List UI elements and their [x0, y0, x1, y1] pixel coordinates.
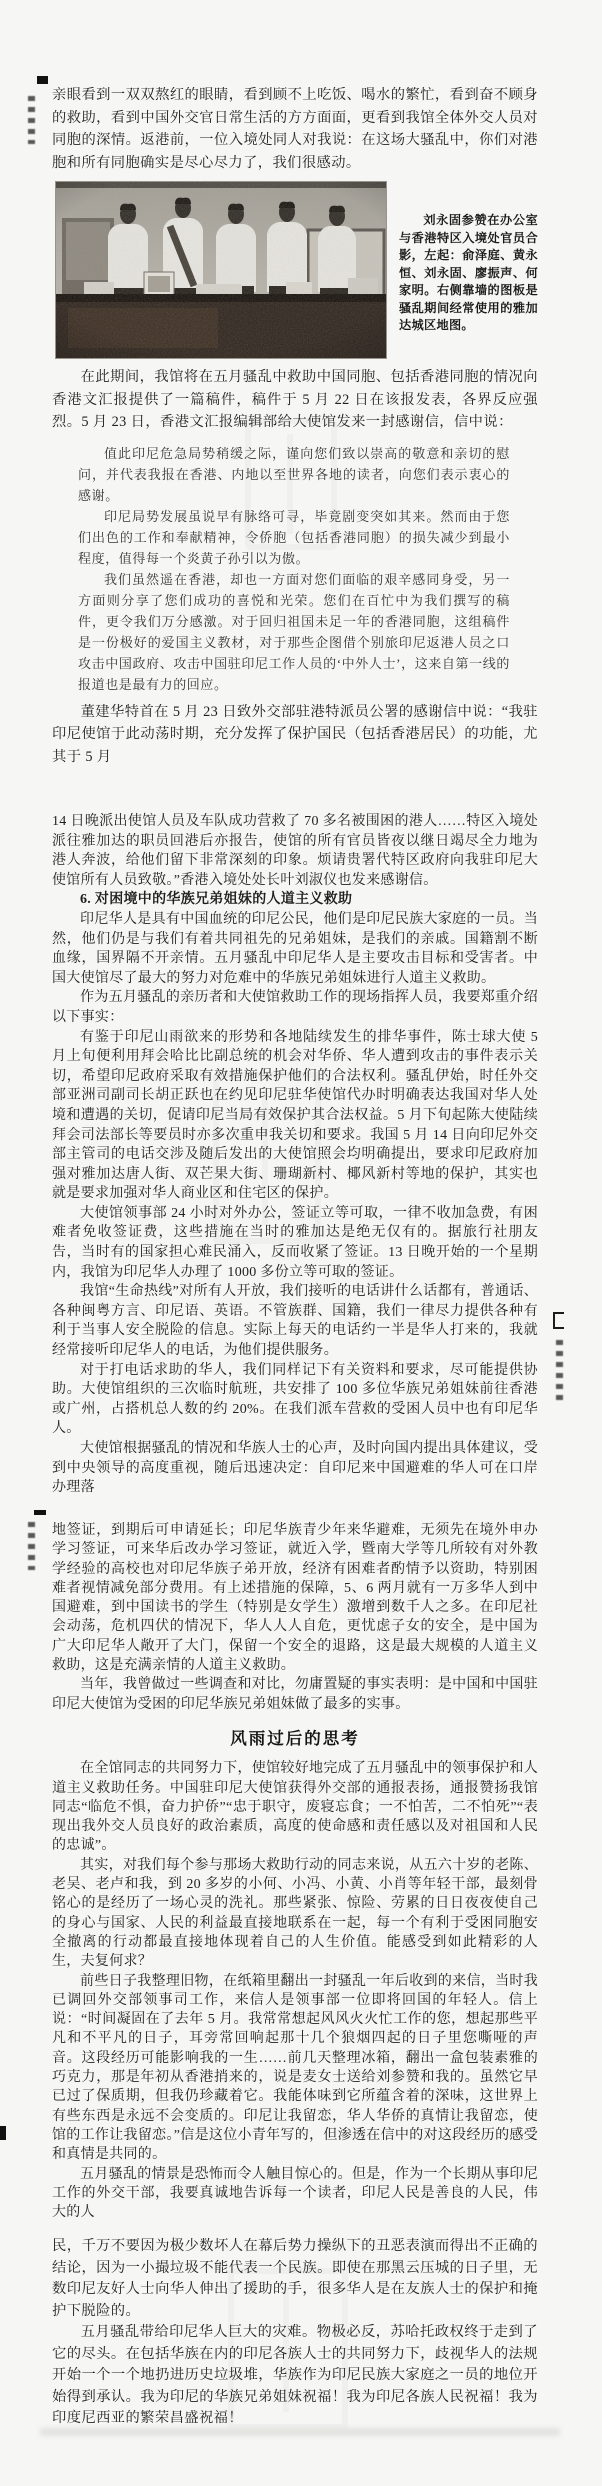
- letter-paragraph: 我们虽然遥在香港，却也一方面对您们面临的艰辛感同身受，另一方面则分享了您们成功的…: [78, 569, 510, 695]
- body-paragraph: 对于打电话求助的华人，我们同样记下有关资料和要求，尽可能提供协助。大使馆组织的三…: [52, 1361, 538, 1439]
- body-paragraph: 前些日子我整理旧物，在纸箱里翻出一封骚乱一年后收到的来信，当时我已调回外交部领事…: [52, 1972, 538, 2165]
- letter-quote-block: 值此印尼危急局势稍缓之际，谨向您们致以崇高的敬意和亲切的慰问，并代表我报在香港、…: [78, 443, 510, 695]
- margin-mark-square: [37, 76, 48, 84]
- page-segment-4: 民，千万不要因为极少数坏人在幕后势力操纵下的丑恶表演而得出不正确的结论，因为一小…: [52, 2236, 538, 2430]
- margin-bracket: [553, 1312, 564, 1329]
- body-paragraph: 其实，对我们每个参与那场大救助行动的同志来说，从五六十岁的老陈、老吴、老卢和我，…: [52, 1856, 538, 1972]
- page-segment-2: 14 日晚派出使馆人员及车队成功营救了 70 多名被围困的港人……特区入境处派往…: [52, 812, 538, 1498]
- body-paragraph: 在此期间，我馆将在五月骚乱中救助中国同胞、包括香港同胞的情况向香港文汇报提供了一…: [52, 366, 538, 434]
- scanned-page: { "colors": { "paper": "#f6f6f4", "ink":…: [0, 0, 602, 2486]
- section-heading: 风雨过后的思考: [52, 1729, 538, 1748]
- body-paragraph: 当年，我曾做过一些调查和对比，勿庸置疑的事实表明：是中国和中国驻印尼大使馆为受困…: [52, 1675, 538, 1714]
- body-paragraph: 董建华特首在 5 月 23 日致外交部驻港特派员公署的感谢信中说：“我驻印尼使馆…: [52, 701, 538, 769]
- margin-mark-square: [34, 1510, 46, 1515]
- body-paragraph: 14 日晚派出使馆人员及车队成功营救了 70 多名被围困的港人……特区入境处派往…: [52, 812, 538, 890]
- margin-tick-column: [28, 96, 35, 144]
- body-paragraph: 作为五月骚乱的亲历者和大使馆救助工作的现场指挥人员，我要郑重介绍以下事实：: [52, 988, 538, 1027]
- body-paragraph: 印尼华人是具有中国血统的印尼公民，他们是印尼民族大家庭的一员。当然，他们仍是与我…: [52, 910, 538, 988]
- page-segment-3: 地签证，到期后可申请延长；印尼华族青少年来华避难，无须先在境外申办学习签证，可来…: [52, 1521, 538, 2222]
- photo-caption: 刘永固参赞在办公室与香港特区入境处官员合影，左起：俞泽庭、黄永恒、刘永固、廖振声…: [399, 212, 538, 358]
- letter-paragraph: 印尼局势发展虽说早有脉络可寻，毕竟剧变突如其来。然而由于您们出色的工作和奉献精神…: [78, 506, 510, 569]
- body-paragraph: 地签证，到期后可申请延长；印尼华族青少年来华避难，无须先在境外申办学习签证，可来…: [52, 1521, 538, 1675]
- body-paragraph: 在全馆同志的共同努力下，使馆较好地完成了五月骚乱中的领事保护和人道主义救助任务。…: [52, 1759, 538, 1855]
- body-paragraph: 五月骚乱带给印尼华人巨大的灾难。物极必反，苏哈托政权终于走到了它的尽头。在包括华…: [52, 2322, 538, 2430]
- group-photo: [56, 182, 386, 358]
- letter-paragraph: 值此印尼危急局势稍缓之际，谨向您们致以崇高的敬意和亲切的慰问，并代表我报在香港、…: [78, 443, 510, 506]
- body-paragraph: 五月骚乱的情景是恐怖而令人触目惊心的。但是，作为一个长期从事印尼工作的外交干部，…: [52, 2165, 538, 2223]
- margin-tick-column: [556, 1340, 563, 1406]
- subsection-heading: 6. 对困境中的华族兄弟姐妹的人道主义救助: [52, 890, 538, 910]
- body-paragraph: 民，千万不要因为极少数坏人在幕后势力操纵下的丑恶表演而得出不正确的结论，因为一小…: [52, 2236, 538, 2322]
- page-segment-1: 亲眼看到一双双熬红的眼睛，看到顾不上吃饭、喝水的繁忙，看到奋不顾身的救助，看到中…: [52, 84, 538, 768]
- body-paragraph: 大使馆领事部 24 小时对外办公，签证立等可取，一律不收加急费，有困难者免收签证…: [52, 1204, 538, 1282]
- photo-figure: 刘永固参赞在办公室与香港特区入境处官员合影，左起：俞泽庭、黄永恒、刘永固、廖振声…: [56, 182, 538, 358]
- body-paragraph: 有鉴于印尼山雨欲来的形势和各地陆续发生的排华事件，陈士球大使 5 月上旬便利用拜…: [52, 1028, 538, 1204]
- margin-mark-square: [0, 2126, 6, 2140]
- body-paragraph: 大使馆根据骚乱的情况和华族人士的心声，及时向国内提出具体建议，受到中央领导的高度…: [52, 1439, 538, 1498]
- margin-tick-column: [28, 1522, 35, 1570]
- body-paragraph: 我馆“生命热线”对所有人开放，我们接听的电话讲什么话都有，普通话、各种闽粤方言、…: [52, 1282, 538, 1360]
- body-paragraph: 亲眼看到一双双熬红的眼睛，看到顾不上吃饭、喝水的繁忙，看到奋不顾身的救助，看到中…: [52, 84, 538, 174]
